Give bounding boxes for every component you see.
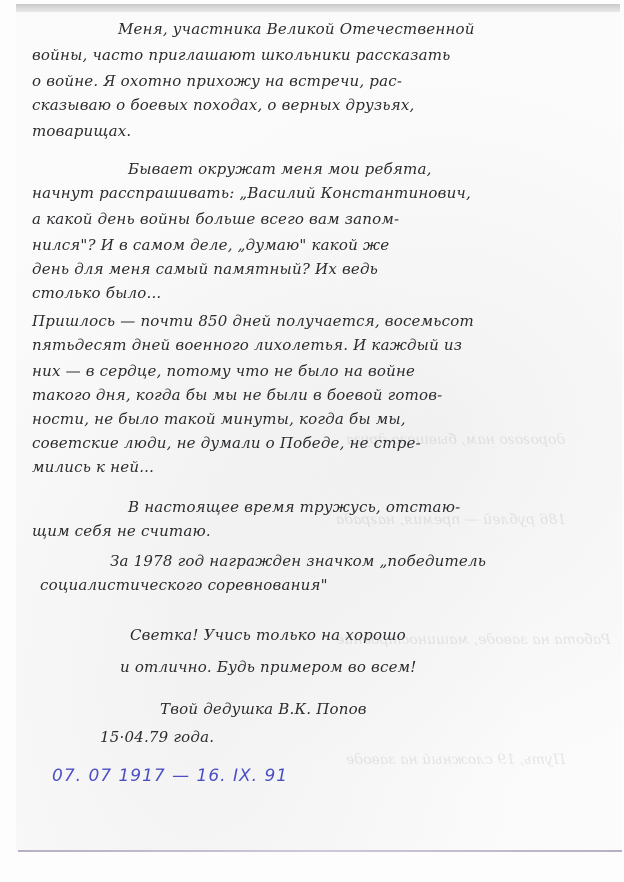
letter-line: советские люди, не думали о Победе, не с… — [32, 434, 421, 452]
letter-line: товарищах. — [32, 122, 131, 140]
letter-line: нился"? И в самом деле, „думаю" какой же — [32, 236, 389, 254]
letter-line: Меня, участника Великой Отечественной — [118, 20, 475, 38]
letter-line: щим себя не считаю. — [32, 522, 211, 540]
date-written: 15·04.79 года. — [100, 728, 214, 746]
letter-line: о войне. Я охотно прихожу на встречи, ра… — [32, 72, 402, 90]
letter-line: начнут расспрашивать: „Василий Константи… — [32, 184, 471, 202]
letter-line: За 1978 год награжден значком „победител… — [110, 552, 486, 570]
letter-line: такого дня, когда бы мы не были в боевой… — [32, 386, 442, 404]
letter-line: Бывает окружат меня мои ребята, — [128, 160, 432, 178]
letter-line: социалистического соревнования" — [40, 576, 328, 594]
letter-line: мились к ней... — [32, 458, 154, 476]
letter-line: В настоящее время тружусь, отстаю- — [128, 498, 460, 516]
letter-line: Светка! Учись только на хорошо — [130, 626, 406, 644]
letter-line: пятьдесят дней военного лихолетья. И каж… — [32, 336, 462, 354]
letter-line: Пришлось — почти 850 дней получается, во… — [32, 312, 474, 330]
letter-line: ности, не было такой минуты, когда бы мы… — [32, 410, 406, 428]
blue-ink-dates: 07. 07 1917 — 16. IX. 91 — [52, 766, 288, 786]
letter-line: них — в сердце, потому что не было на во… — [32, 362, 415, 380]
scanned-letter: дорогого нам, бывшего друга 186 рублей —… — [0, 0, 624, 882]
letter-line: а какой день войны больше всего вам запо… — [32, 210, 399, 228]
signature: Твой дедушка В.К. Попов — [160, 700, 367, 718]
letter-line: сказываю о боевых походах, о верных друз… — [32, 96, 414, 114]
bleed-through-text: Путь, 19 сложный на заводе — [346, 752, 565, 768]
paper-bottom-edge — [18, 850, 622, 852]
letter-line: и отлично. Будь примером во всем! — [120, 658, 417, 676]
letter-line: столько было... — [32, 284, 161, 302]
letter-line: войны, часто приглашают школьники расска… — [32, 46, 451, 64]
letter-line: день для меня самый памятный? Их ведь — [32, 260, 378, 278]
